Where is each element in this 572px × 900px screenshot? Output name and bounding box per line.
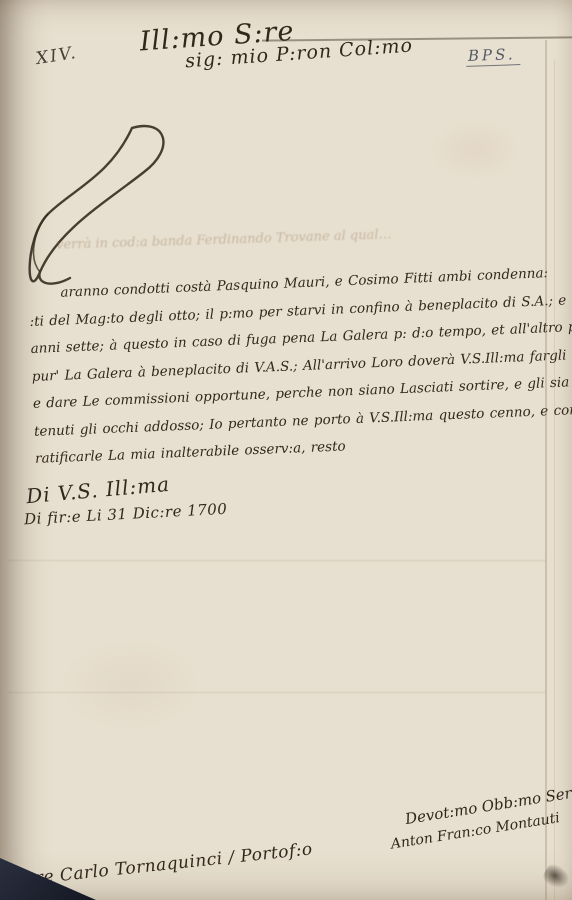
archival-mark: BPS. <box>466 45 520 67</box>
manuscript-photo: XIV. Ill:mo S:re sig: mio P:ron Col:mo B… <box>0 0 572 900</box>
stain <box>430 120 520 180</box>
stain <box>60 640 200 730</box>
letter-body: aranno condotti costà Pasquino Mauri, e … <box>28 260 569 474</box>
fold-crease <box>8 692 546 693</box>
salutation: Ill:mo S:re sig: mio P:ron Col:mo <box>139 6 442 76</box>
letter-page: XIV. Ill:mo S:re sig: mio P:ron Col:mo B… <box>0 0 572 900</box>
underlying-page-edge <box>554 60 555 900</box>
decorative-initial-s-flourish <box>14 118 174 288</box>
fold-crease <box>8 560 546 561</box>
underlying-page-edge <box>545 40 547 900</box>
folio-number: XIV. <box>35 43 79 69</box>
